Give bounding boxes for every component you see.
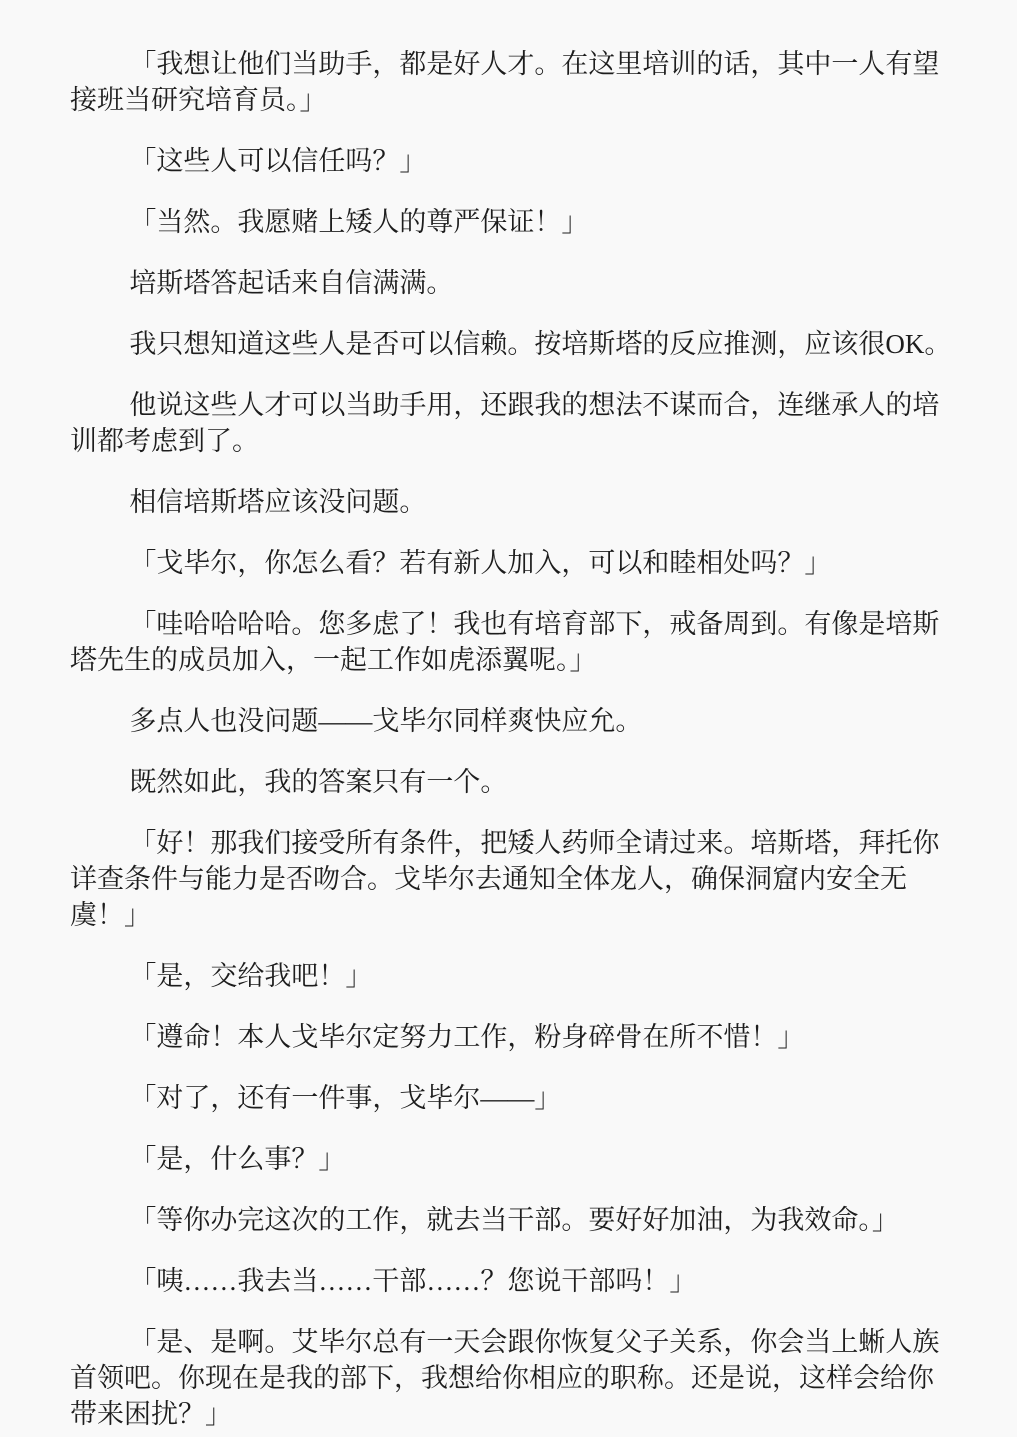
paragraph: 「是、是啊。艾毕尔总有一天会跟你恢复父子关系，你会当上蜥人族首领吧。你现在是我的… xyxy=(70,1324,959,1432)
paragraph: 「当然。我愿赌上矮人的尊严保证！」 xyxy=(70,204,959,240)
paragraph: 「这些人可以信任吗？」 xyxy=(70,143,959,179)
paragraph: 既然如此，我的答案只有一个。 xyxy=(70,764,959,800)
paragraph: 「咦……我去当……干部……？您说干部吗！」 xyxy=(70,1263,959,1299)
paragraph: 他说这些人才可以当助手用，还跟我的想法不谋而合，连继承人的培训都考虑到了。 xyxy=(70,387,959,459)
paragraph: 相信培斯塔应该没问题。 xyxy=(70,484,959,520)
paragraph: 「好！那我们接受所有条件，把矮人药师全请过来。培斯塔，拜托你详查条件与能力是否吻… xyxy=(70,825,959,933)
paragraph: 「是，交给我吧！」 xyxy=(70,958,959,994)
paragraph: 「哇哈哈哈哈。您多虑了！我也有培育部下，戒备周到。有像是培斯塔先生的成员加入，一… xyxy=(70,606,959,678)
paragraph: 「遵命！本人戈毕尔定努力工作，粉身碎骨在所不惜！」 xyxy=(70,1019,959,1055)
paragraph: 「戈毕尔，你怎么看？若有新人加入，可以和睦相处吗？」 xyxy=(70,545,959,581)
paragraph: 培斯塔答起话来自信满满。 xyxy=(70,265,959,301)
paragraph: 「等你办完这次的工作，就去当干部。要好好加油，为我效命。」 xyxy=(70,1202,959,1238)
ebook-page: 「我想让他们当助手，都是好人才。在这里培训的话，其中一人有望接班当研究培育员。」… xyxy=(0,0,1017,1437)
paragraph: 「对了，还有一件事，戈毕尔——」 xyxy=(70,1080,959,1116)
paragraph: 我只想知道这些人是否可以信赖。按培斯塔的反应推测，应该很OK。 xyxy=(70,326,959,362)
paragraph: 「是，什么事？」 xyxy=(70,1141,959,1177)
paragraph: 「我想让他们当助手，都是好人才。在这里培训的话，其中一人有望接班当研究培育员。」 xyxy=(70,46,959,118)
paragraph: 多点人也没问题——戈毕尔同样爽快应允。 xyxy=(70,703,959,739)
